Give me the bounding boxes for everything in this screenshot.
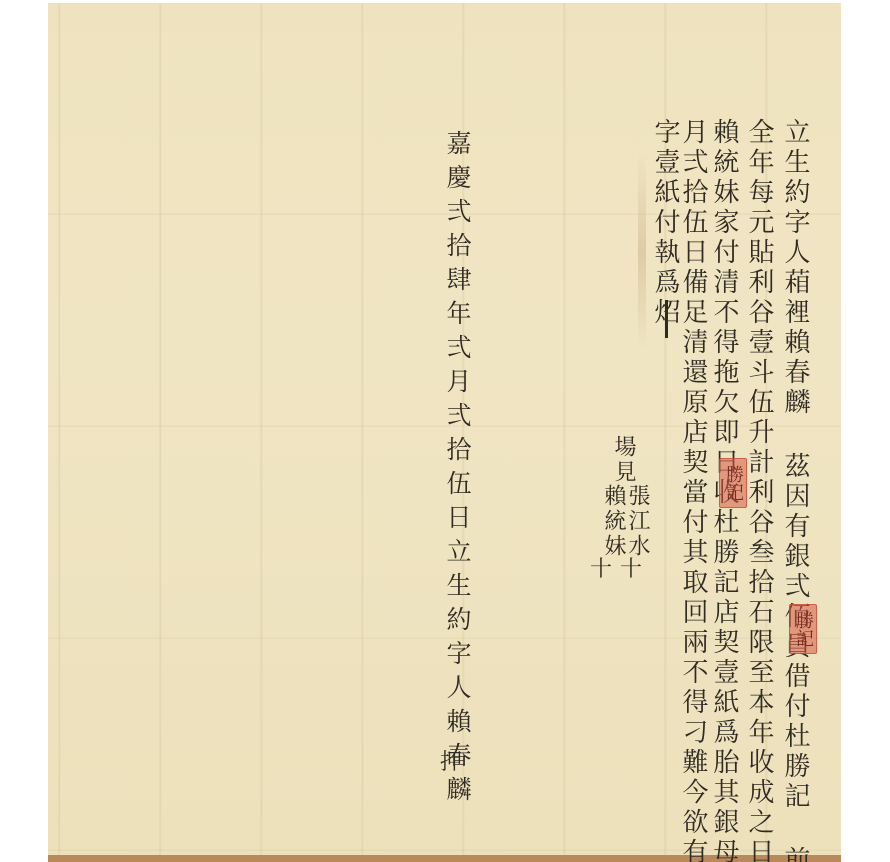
date-signature-line: 嘉慶弍拾肆年弍月弍拾伍日立生約字人賴春麟: [440, 130, 474, 810]
witness-label: 場見: [606, 435, 640, 485]
witness-mark-1: 十: [620, 552, 642, 583]
contract-column-1: 立生約字人葙裡賴春麟 茲因有銀弍佰員借付杜勝記 前去經營當日面議: [778, 118, 812, 858]
seal-shengji-1: 勝記: [789, 604, 817, 654]
closing-stroke: [665, 300, 668, 338]
seal-shengji-2: 勝記: [719, 458, 747, 508]
signature-mark: 押: [440, 745, 462, 776]
witness-name-2: 賴統妹: [596, 484, 630, 559]
witness-mark-2: 十: [590, 552, 612, 583]
contract-column-2: 全年每元貼利谷壹斗伍升計利谷叁拾石限至本年收成之日付大庄佃人: [742, 118, 776, 858]
